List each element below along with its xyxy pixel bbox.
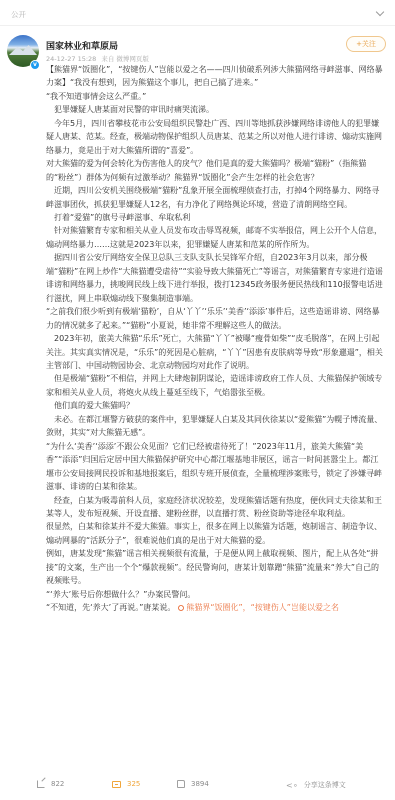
link-icon [177,603,185,611]
post-meta: 24-12-27 15:28来自 微博网页版 [46,54,149,63]
post-subheading: 他们真的爱大熊猫吗？ [46,399,386,412]
post-paragraph: 犯罪嫌疑人唐某面对民警的审讯时痛哭流涕。 [46,103,386,116]
post-paragraph: 据四川省公安厅网络安全保卫总队三支队支队长吴锋军介绍，自2023年3月以来，部分… [46,251,386,305]
visibility-label: 公开 [11,9,26,20]
post-paragraph: “‘养大’账号后你想做什么？”办案民警问。 [46,588,386,601]
visibility-selector[interactable]: 公开 [0,0,395,26]
post-paragraph: 【熊猫界“饭圈化”，“按键伤人”岂能以爱之名——四川侦破系列涉大熊猫网络寻衅滋事… [46,63,386,90]
like-icon [177,780,185,788]
post-paragraph: 例如，唐某发现“熊猫”谣言相关视频很有流量，于是便从网上截取视频、图片，配上从各… [46,547,386,587]
post-paragraph: 近期，四川公安机关围绕极端“猫粉”乱象开展全面梳理侦查打击，打掉4个网络暴力、网… [46,184,386,211]
author-name[interactable]: 国家林业和草原局 [46,39,118,52]
share-icon: <∘ [286,781,298,790]
post-source: 来自 微博网页版 [101,55,149,63]
post-paragraph: 今年5月，四川省攀枝花市公安局组织民警赴广西、四川等地抓获涉嫌网络诽谤他人的犯罪… [46,117,386,157]
post-body: 【熊猫界“饭圈化”，“按键伤人”岂能以爱之名——四川侦破系列涉大熊猫网络寻衅滋事… [46,63,386,615]
post-paragraph: 针对熊猫繁育专家和相关从业人员发布攻击辱骂视频，邮寄不实举报信，网上公开个人信息… [46,224,386,251]
post-timestamp[interactable]: 24-12-27 15:28 [46,55,96,63]
like-button[interactable]: 3894 [177,780,209,788]
post-subheading: 打着“爱猫”的旗号寻衅滋事、牟取私利 [46,211,386,224]
post-paragraph: “之前我们很少听到有极端‘猫粉’，自从‘丫丫’‘乐乐’‘美香’‘添添’事件后，这… [46,305,386,332]
comment-icon [112,781,121,788]
chevron-down-icon[interactable] [376,8,384,16]
repost-count: 822 [51,780,64,788]
post-paragraph: 未必。在都江堰警方破获的案件中，犯罪嫌疑人白某及其同伙徐某以“爱熊猫”为幌子博流… [46,413,386,440]
post-paragraph: 2023年初，旅美大熊猫“乐乐”死亡，大熊猫“丫丫”被曝“瘦骨如柴”“皮毛脱落”… [46,332,386,372]
post-paragraph: 经查，白某为吸毒前科人员，家庭经济状况较差，发现熊猫话题有热度，便伙同丈夫徐某和… [46,494,386,521]
comment-count: 325 [127,780,140,788]
post-paragraph-last: “不知道，先‘养大’了再说。”唐某说。熊猫界“饭圈化”，“按键伤人”岂能以爱之名 [46,601,386,614]
post-paragraph: 对大熊猫的爱为何会转化为伤害他人的戾气？他们是真的爱大熊猫吗？极端“猫粉”（指熊… [46,157,386,184]
mountain-landscape [9,45,37,55]
follow-button[interactable]: +关注 [346,36,386,52]
repost-icon [37,780,45,788]
comment-button[interactable]: 325 [112,780,140,788]
topic-link[interactable]: 熊猫界“饭圈化”，“按键伤人”岂能以爱之名 [186,603,339,612]
post-paragraph: “为什么‘美香’‘添添’不跟公众见面？它们已经被虐待死了！”2023年11月，旅… [46,440,386,494]
action-bar: 822 325 3894 <∘ 分享这条博文 [0,777,395,795]
verified-badge-icon: v [30,60,40,70]
post-paragraph-text: “不知道，先‘养大’了再说。”唐某说。 [46,603,175,612]
post-paragraph: “我不知道事情会这么严重。” [46,90,386,103]
share-label: 分享这条博文 [304,780,346,790]
post-paragraph: 很显然，白某和徐某并不爱大熊猫。事实上，很多在网上以熊猫为话题，炮制谣言、制造争… [46,520,386,547]
repost-button[interactable]: 822 [37,780,64,788]
share-button[interactable]: <∘ 分享这条博文 [286,780,346,790]
like-count: 3894 [191,780,209,788]
post-paragraph: 但是极端“猫粉”不相信，并网上大肆炮制阴谋论，造谣诽谤政府工作人员、大熊猫保护领… [46,372,386,399]
